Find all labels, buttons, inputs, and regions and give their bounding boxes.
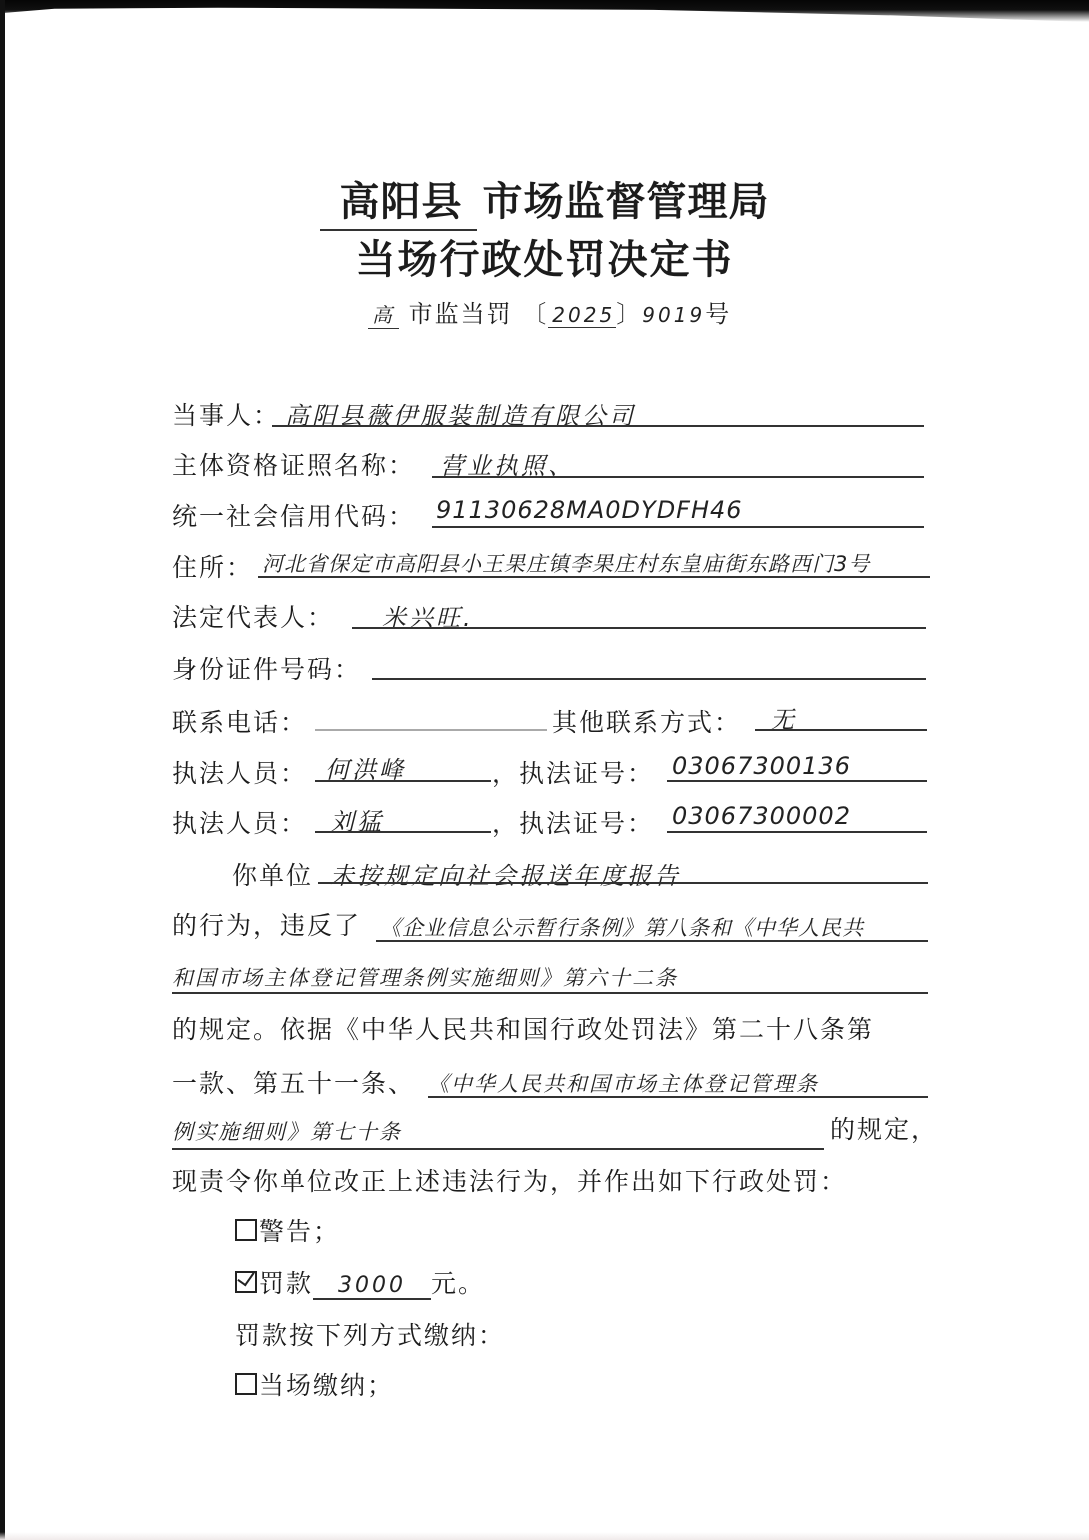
doc-number-year: 2025 [548, 303, 616, 328]
legal-rep-label: 法定代表人： [172, 598, 334, 634]
officer2-cert-underline [667, 831, 927, 833]
phone-label: 联系电话： [172, 703, 307, 739]
basis-line2-prefix: 一款、第五十一条、 [172, 1064, 415, 1100]
fine-unit: 元。 [431, 1269, 485, 1298]
license-name-underline [432, 476, 924, 478]
id-number-label: 身份证件号码： [172, 650, 361, 686]
photo-edge-top [0, 0, 1089, 22]
officer1-cert-underline [667, 780, 927, 782]
officer1-cert-label: ，执法证号： [492, 754, 654, 790]
doc-number-serial: 9019 [642, 303, 705, 327]
license-name-label: 主体资格证照名称： [172, 446, 415, 482]
address-underline [258, 576, 930, 578]
doc-number-suffix: 号 [705, 300, 731, 328]
basis-line2-underline [428, 1096, 928, 1098]
doc-number-close-bracket: 〕 [616, 300, 642, 328]
address-label: 住所： [172, 548, 253, 584]
fine-amount: 3000 [313, 1273, 431, 1300]
fine-checkbox[interactable] [235, 1271, 257, 1293]
behavior-value: 未按规定向社会报送年度报告 [330, 856, 681, 891]
officer1-underline [315, 780, 491, 782]
document-title: 当场行政处罚决定书 [0, 228, 1089, 285]
county-name: 高阳县 [320, 170, 477, 231]
officer1-cert-number: 03067300136 [672, 752, 851, 780]
warning-label: 警告； [259, 1217, 340, 1246]
party-label: 当事人： [172, 396, 280, 432]
warning-checkbox[interactable] [235, 1219, 257, 1241]
other-contact-label: 其他联系方式： [552, 703, 741, 739]
basis-line3-handwritten: 例实施细则》第七十条 [172, 1116, 402, 1146]
fine-label: 罚款 [259, 1269, 313, 1298]
phone-underline [315, 729, 547, 731]
agency-title: 高阳县市场监督管理局 [0, 170, 1089, 231]
credit-code-underline [432, 526, 924, 528]
basis-line: 的规定。依据《中华人民共和国行政处罚法》第二十八条第 [172, 1010, 874, 1046]
basis-line3-suffix: 的规定， [830, 1110, 938, 1146]
payment-on-site[interactable]: 当场缴纳； [235, 1366, 394, 1402]
unit-prefix: 你单位 [232, 856, 313, 892]
payment-header: 罚款按下列方式缴纳： [235, 1316, 505, 1352]
other-contact-underline [755, 729, 927, 731]
address-value: 河北省保定市高阳县小王果庄镇李果庄村东皇庙街东路西门3号 [262, 548, 870, 578]
id-number-underline [372, 678, 926, 680]
photo-edge-bottom [0, 1532, 1089, 1540]
officer2-underline [315, 831, 491, 833]
penalty-fine[interactable]: 罚款3000元。 [235, 1264, 485, 1300]
document-number: 高 市监当罚 〔2025〕9019号 [368, 294, 731, 329]
credit-code-value: 91130628MA0DYDFH46 [436, 496, 743, 524]
agency-name: 市场监督管理局 [483, 178, 770, 225]
doc-number-prefix: 高 [368, 299, 399, 329]
officer2-cert-number: 03067300002 [672, 802, 851, 830]
officer2-label: 执法人员： [172, 804, 307, 840]
doc-number-label: 市监当罚 [409, 300, 513, 328]
violated-line1-underline [376, 940, 928, 942]
credit-code-label: 统一社会信用代码： [172, 497, 415, 533]
penalty-warning[interactable]: 警告； [235, 1212, 340, 1248]
officer1-label: 执法人员： [172, 754, 307, 790]
party-underline [272, 425, 924, 427]
doc-number-open-bracket: 〔 [522, 300, 548, 328]
officer2-cert-label: ，执法证号： [492, 804, 654, 840]
basis-line2-handwritten: 《中华人民共和国市场主体登记管理条 [428, 1068, 819, 1098]
basis-line3-underline [172, 1148, 824, 1150]
order-line: 现责令你单位改正上述违法行为，并作出如下行政处罚： [172, 1162, 847, 1198]
behavior-underline [318, 882, 928, 884]
on-site-checkbox[interactable] [235, 1373, 257, 1395]
violated-prefix: 的行为，违反了 [172, 906, 361, 942]
violated-line2: 和国市场主体登记管理条例实施细则》第六十二条 [172, 962, 678, 992]
violated-line2-underline [172, 992, 928, 994]
violated-line1: 《企业信息公示暂行条例》第八条和《中华人民共 [380, 912, 864, 942]
on-site-label: 当场缴纳； [259, 1371, 394, 1400]
legal-rep-underline [352, 627, 926, 629]
